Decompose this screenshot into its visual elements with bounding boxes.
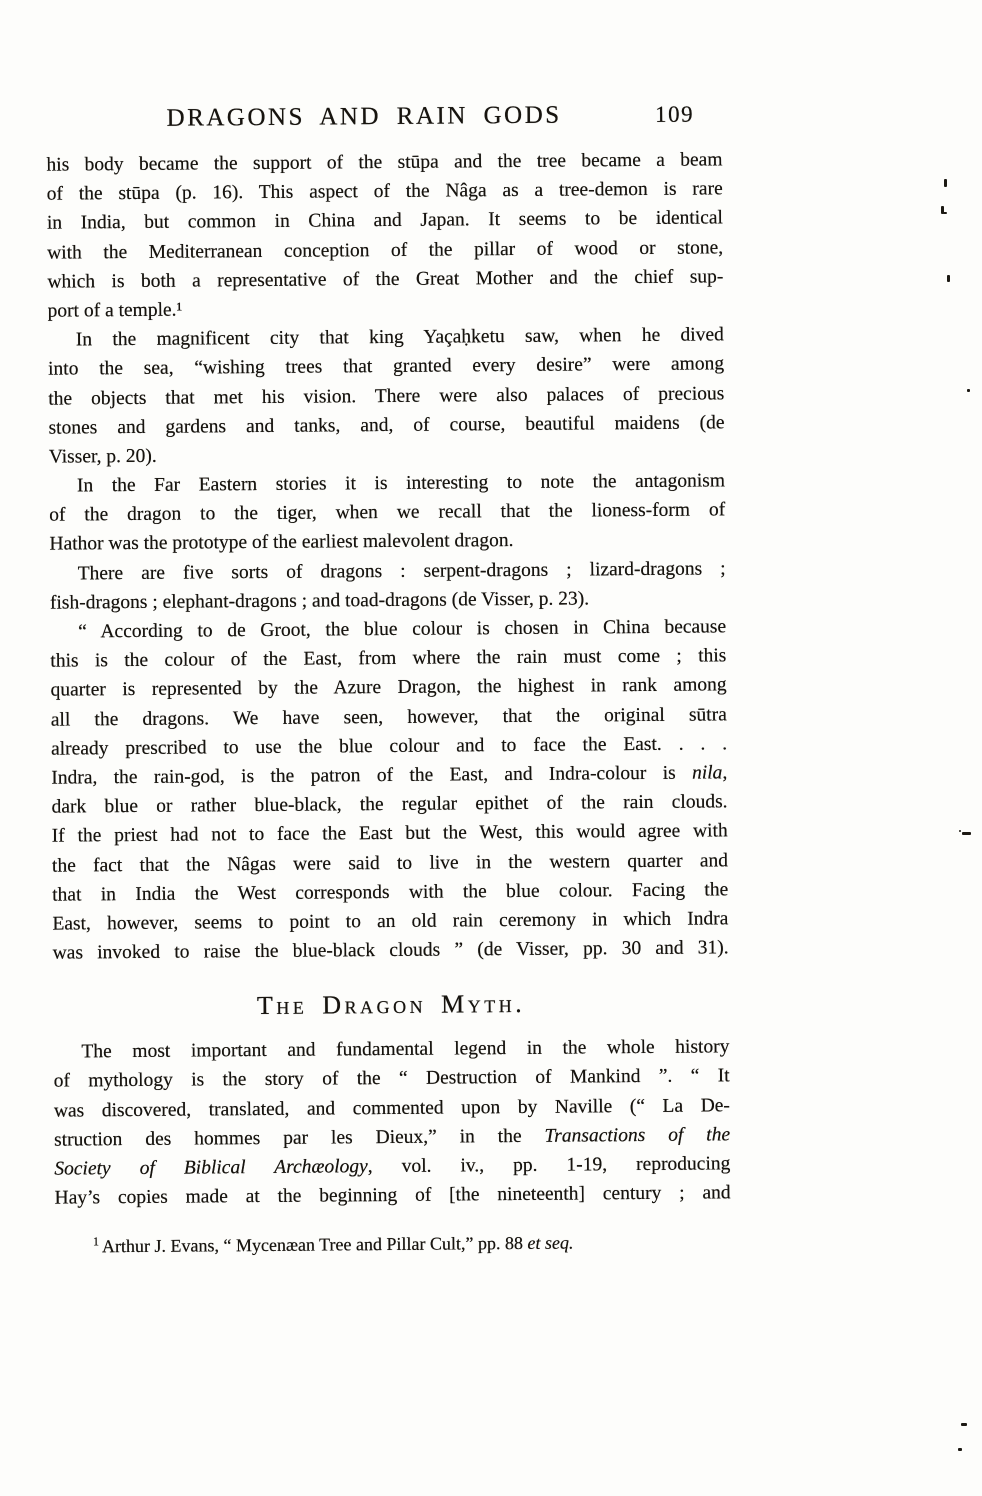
italic-segment: et seq.: [527, 1233, 573, 1253]
paragraph: In the Far Eastern stories it is interes…: [49, 466, 726, 559]
text-line: into the sea, “wishing trees that grante…: [48, 350, 724, 384]
scan-speck: [943, 212, 947, 214]
italic-segment: nila: [692, 762, 723, 783]
page-number: 109: [655, 102, 694, 128]
text-line: quarter is represented by the Azure Drag…: [50, 671, 726, 705]
paragraph: The most important and fundamental legen…: [53, 1033, 730, 1213]
scan-speck: [961, 1423, 967, 1426]
paragraph: his body became the support of the stūpa…: [46, 145, 723, 325]
scan-speck: [967, 389, 970, 392]
page-content: DRAGONS AND RAIN GODS 109 his body becam…: [46, 100, 731, 1260]
text-line: stones and gardens and tanks, and, of co…: [48, 408, 724, 442]
italic-segment: Transactions of the: [544, 1124, 730, 1146]
footnote-marker: 1: [93, 1235, 99, 1249]
text-body: his body became the support of the stūpa…: [46, 145, 730, 1213]
text-line: Hay’s copies made at the beginning of [t…: [54, 1178, 730, 1212]
section-heading: The Dragon Myth.: [53, 988, 729, 1023]
scan-speck: [947, 275, 950, 282]
scan-speck: [944, 179, 947, 187]
scanned-book-page: DRAGONS AND RAIN GODS 109 his body becam…: [0, 0, 982, 1496]
scan-speck: [959, 830, 961, 832]
scan-speck: [958, 1448, 962, 1451]
text-line: If the priest had not to face the East b…: [52, 817, 728, 851]
italic-segment: Society of Biblical Archæology: [54, 1156, 368, 1179]
text-line: There are five sorts of dragons : serpen…: [50, 554, 726, 588]
paragraph: In the magnificent city that king Yaçaḥk…: [48, 320, 725, 471]
text-line: which is both a representative of the Gr…: [47, 262, 723, 296]
text-line: in India, but common in China and Japan.…: [47, 204, 723, 238]
paragraph: “ According to de Groot, the blue colour…: [50, 612, 729, 968]
paragraph: There are five sorts of dragons : serpen…: [50, 554, 726, 618]
page-title: DRAGONS AND RAIN GODS: [46, 100, 722, 133]
running-header: DRAGONS AND RAIN GODS 109: [46, 100, 722, 135]
text-line: was invoked to raise the blue-black clou…: [53, 933, 729, 967]
scan-speck: [962, 832, 971, 835]
footnote: 1Arthur J. Evans, “ Mycenæan Tree and Pi…: [55, 1224, 731, 1260]
text-line: of the dragon to the tiger, when we reca…: [49, 496, 725, 530]
text-line: of mythology is the story of the “ Destr…: [54, 1062, 730, 1096]
